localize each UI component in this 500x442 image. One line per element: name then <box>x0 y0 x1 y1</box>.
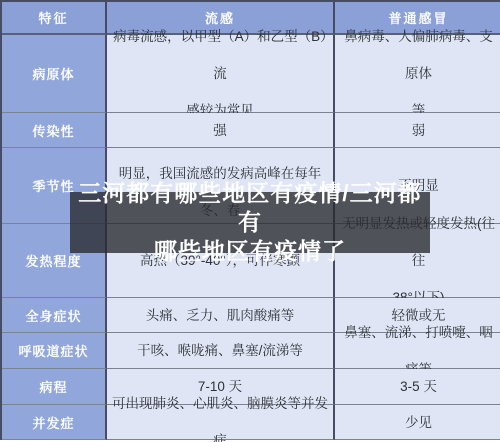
flu-cell-complications: 可出现肺炎、心肌炎、脑膜炎等并发症 <box>107 405 335 440</box>
flu-cell-respiratory-symptoms: 干咳、喉咙痛、鼻塞/流涕等 <box>107 333 335 369</box>
row-label-contagiousness: 传染性 <box>2 113 107 148</box>
cold-cell-disease-course: 3-5 天 <box>335 369 500 405</box>
header-cell-feature: 特征 <box>2 2 107 35</box>
cold-cell-pathogen: 鼻病毒、人偏肺病毒、支原体 等 <box>335 35 500 113</box>
caption-line-2: 哪些地区有疫情了 <box>154 237 346 266</box>
cold-cell-respiratory-symptoms: 鼻塞、流涕、打喷嚏、咽痛等 <box>335 333 500 369</box>
row-label-pathogen: 病原体 <box>2 35 107 113</box>
caption-overlay: 三河都有哪些地区有疫情/三河都有 哪些地区有疫情了 <box>70 192 430 253</box>
row-label-respiratory-symptoms: 呼吸道症状 <box>2 333 107 369</box>
row-label-complications: 并发症 <box>2 405 107 440</box>
flu-cell-contagiousness: 强 <box>107 113 335 148</box>
flu-cell-pathogen: 病毒流感，以甲型（A）和乙型（B）流 感较为常见 <box>107 35 335 113</box>
row-label-systemic-symptoms: 全身症状 <box>2 298 107 333</box>
flu-cell-systemic-symptoms: 头痛、乏力、肌肉酸痛等 <box>107 298 335 333</box>
cold-cell-complications: 少见 <box>335 405 500 440</box>
caption-line-1: 三河都有哪些地区有疫情/三河都有 <box>70 179 430 237</box>
cold-cell-contagiousness: 弱 <box>335 113 500 148</box>
row-label-disease-course: 病程 <box>2 369 107 405</box>
